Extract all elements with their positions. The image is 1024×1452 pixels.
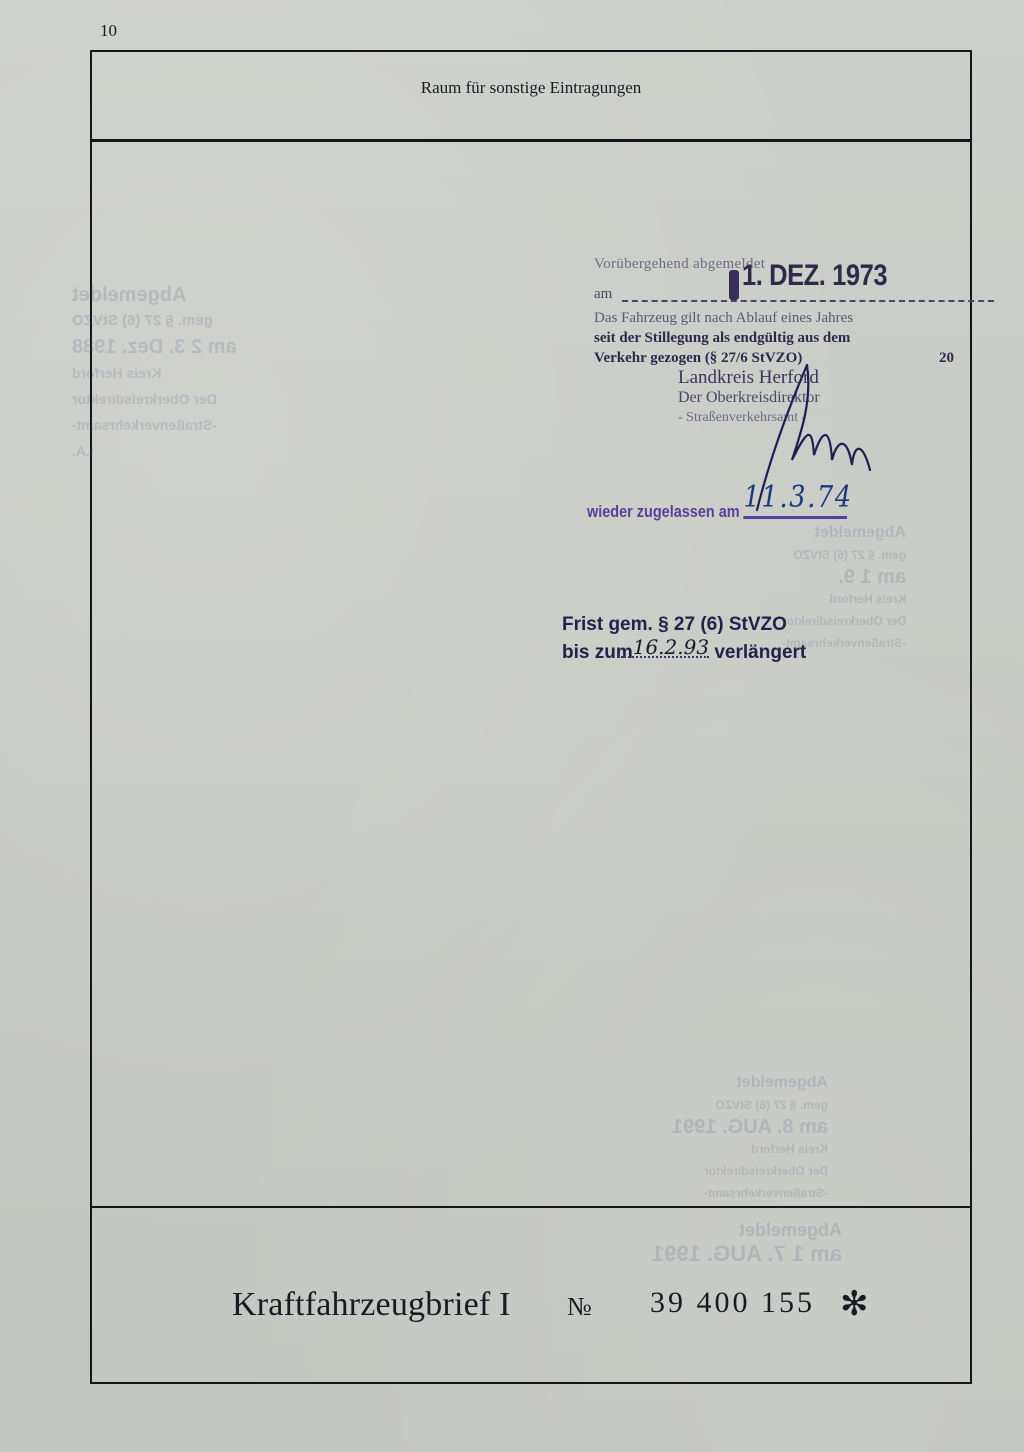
stamp-text-line: Das Fahrzeug gilt nach Ablauf eines Jahr… — [594, 308, 984, 328]
document-number: 39 400 155 — [650, 1286, 815, 1320]
bleed-through-left: Abgemeldet gem. § 27 (6) StVZO am 2 3. D… — [72, 282, 302, 464]
deregistration-date: 1. DEZ. 1973 — [742, 266, 887, 286]
dotted-line — [621, 656, 709, 658]
reregistration-label: wieder zugelassen am — [587, 502, 740, 521]
ink-mark — [729, 270, 739, 300]
document-title: Kraftfahrzeugbrief I — [232, 1286, 511, 1324]
date-row: am 1. DEZ. 1973 — [594, 274, 984, 304]
section-title: Raum für sonstige Eintragungen — [92, 78, 970, 98]
footer-band: Abgemeldet am 1 7. AUG. 1991 Kraftfahrze… — [92, 1206, 970, 1382]
date-underline — [744, 516, 848, 519]
header-band: Raum für sonstige Eintragungen — [92, 52, 970, 142]
extension-stamp: Frist gem. § 27 (6) StVZO bis zum16.2.93… — [562, 612, 806, 666]
reregistration-stamp: wieder zugelassen am 11.3.74 — [587, 490, 853, 525]
entries-area: Abgemeldet gem. § 27 (6) StVZO am 2 3. D… — [92, 142, 970, 1206]
stamp-text-line: seit der Stillegung als endgültig aus de… — [594, 328, 984, 348]
dotted-line — [622, 300, 994, 302]
document-frame: Raum für sonstige Eintragungen Abgemelde… — [90, 50, 972, 1384]
extension-line2: bis zum16.2.93 verlängert — [562, 638, 806, 666]
bleed-through-bottom: Abgemeldet am 1 7. AUG. 1991 — [652, 1218, 842, 1266]
year-prefix: 20 — [939, 348, 954, 368]
bleed-through-lower: Abgemeldet gem. § 27 (6) StVZO am 8. AUG… — [672, 1072, 828, 1204]
am-label: am — [594, 284, 612, 304]
reregistration-date: 11.3.74 — [744, 480, 853, 515]
page-number: 10 — [100, 21, 117, 41]
asterisk-icon: ✻ — [840, 1284, 869, 1324]
number-label: № — [567, 1292, 592, 1322]
